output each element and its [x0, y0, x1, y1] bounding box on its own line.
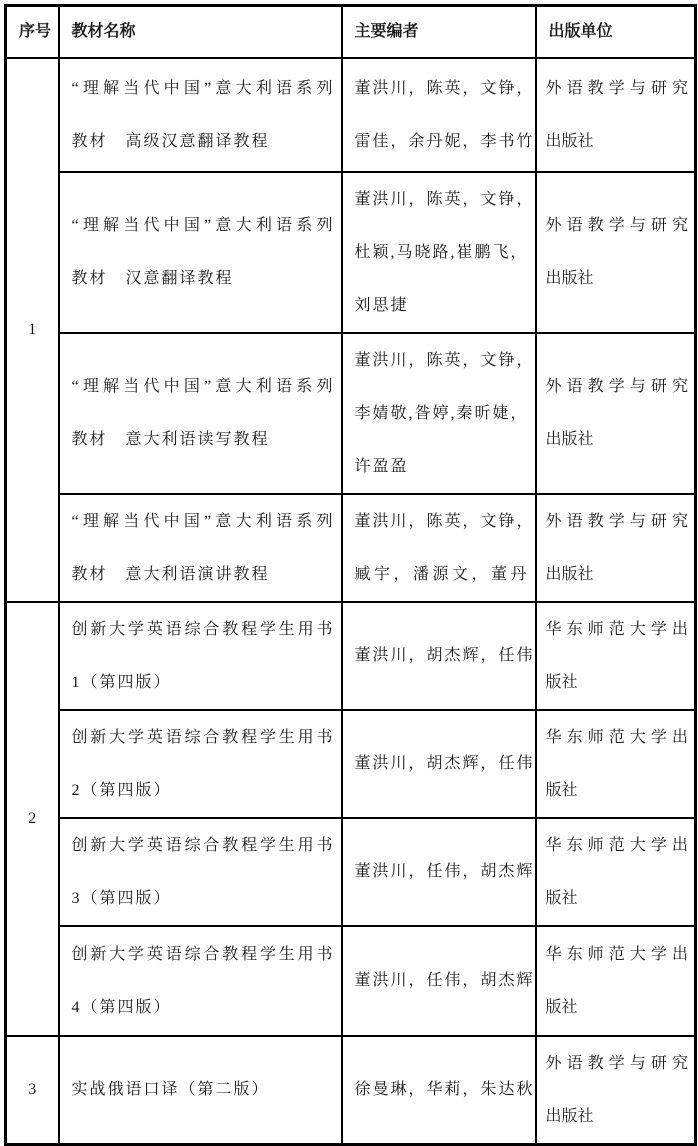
- serial-cell-1: 1: [6, 58, 59, 602]
- serial-cell-3: 3: [6, 1036, 59, 1145]
- header-row: 序号 教材名称 主要编者 出版单位: [6, 6, 696, 58]
- cell-text-line: “理解当代中国”意大利语系列: [72, 62, 335, 115]
- name-cell: “理解当代中国”意大利语系列教材 汉意翻译教程: [59, 172, 342, 333]
- cell-text-line: 董洪川，陈英，文铮，: [355, 495, 529, 548]
- cell-text-line: 创新大学英语综合教程学生用书: [72, 711, 335, 764]
- cell-text-line: “理解当代中国”意大利语系列: [72, 360, 335, 413]
- cell-text-line: 华东师范大学出: [546, 711, 689, 764]
- name-cell: “理解当代中国”意大利语系列教材 意大利语读写教程: [59, 333, 342, 494]
- cell-text-line: 华东师范大学出: [546, 928, 689, 981]
- publisher-cell: 外语教学与研究出版社: [536, 1036, 696, 1145]
- cell-text-line: 刘思捷: [355, 279, 529, 332]
- header-label: 序号: [19, 9, 52, 55]
- editors-cell: 董洪川，陈英，文铮，臧宇，潘源文，董丹: [342, 494, 536, 602]
- header-cell-publisher: 出版单位: [536, 6, 696, 58]
- header-cell-serial: 序号: [6, 6, 59, 58]
- header-cell-editors: 主要编者: [342, 6, 536, 58]
- table-row: 创新大学英语综合教程学生用书3（第四版） 董洪川，任伟，胡杰辉 华东师范大学出版…: [6, 818, 696, 926]
- header-label: 出版单位: [549, 9, 689, 55]
- publisher-cell: 华东师范大学出版社: [536, 602, 696, 710]
- cell-text-line: 董洪川，任伟，胡杰辉: [355, 954, 529, 1007]
- cell-text-line: 外语教学与研究: [546, 495, 689, 548]
- editors-cell: 董洪川，陈英，文铮，雷佳，余丹妮，李书竹: [342, 58, 536, 172]
- header-label: 教材名称: [72, 9, 335, 55]
- cell-text-line: 创新大学英语综合教程学生用书: [72, 819, 335, 872]
- table-row: 2 创新大学英语综合教程学生用书1（第四版） 董洪川，胡杰辉，任伟 华东师范大学…: [6, 602, 696, 710]
- cell-text-line: 创新大学英语综合教程学生用书: [72, 928, 335, 981]
- publisher-cell: 华东师范大学出版社: [536, 926, 696, 1036]
- cell-text-line: 外语教学与研究: [546, 1037, 689, 1090]
- cell-text-line: 4（第四版）: [72, 981, 335, 1034]
- cell-text-line: 1（第四版）: [72, 656, 335, 709]
- cell-text-line: 董洪川，胡杰辉，任伟: [355, 629, 529, 682]
- cell-text-line: 出版社: [546, 548, 689, 601]
- table-row: “理解当代中国”意大利语系列教材 汉意翻译教程 董洪川，陈英，文铮，杜颖,马晓路…: [6, 172, 696, 333]
- cell-text-line: 出版社: [546, 1090, 689, 1143]
- cell-text-line: 教材 汉意翻译教程: [72, 252, 335, 305]
- table-row: 3 实战俄语口译（第二版） 徐曼琳，华莉，朱达秋 外语教学与研究出版社: [6, 1036, 696, 1145]
- cell-text-line: 版社: [546, 764, 689, 817]
- cell-text-line: 徐曼琳，华莉，朱达秋: [355, 1063, 529, 1116]
- cell-text-line: 版社: [546, 656, 689, 709]
- cell-text-line: 外语教学与研究: [546, 360, 689, 413]
- header-cell-name: 教材名称: [59, 6, 342, 58]
- cell-text-line: “理解当代中国”意大利语系列: [72, 199, 335, 252]
- cell-text-line: 华东师范大学出: [546, 819, 689, 872]
- header-label: 主要编者: [355, 9, 529, 55]
- editors-cell: 董洪川，任伟，胡杰辉: [342, 818, 536, 926]
- publisher-cell: 外语教学与研究出版社: [536, 333, 696, 494]
- name-cell: 创新大学英语综合教程学生用书4（第四版）: [59, 926, 342, 1036]
- cell-text-line: 外语教学与研究: [546, 62, 689, 115]
- cell-text-line: 2（第四版）: [72, 764, 335, 817]
- publisher-cell: 外语教学与研究出版社: [536, 58, 696, 172]
- publisher-cell: 外语教学与研究出版社: [536, 172, 696, 333]
- editors-cell: 董洪川，陈英，文铮，杜颖,马晓路,崔鹏飞，刘思捷: [342, 172, 536, 333]
- cell-text-line: 出版社: [546, 115, 689, 168]
- name-cell: 创新大学英语综合教程学生用书3（第四版）: [59, 818, 342, 926]
- publisher-cell: 华东师范大学出版社: [536, 710, 696, 818]
- cell-text-line: 李婧敬,昝婷,秦昕婕，: [355, 387, 529, 440]
- cell-text-line: 外语教学与研究: [546, 199, 689, 252]
- cell-text-line: 董洪川，任伟，胡杰辉: [355, 845, 529, 898]
- editors-cell: 徐曼琳，华莉，朱达秋: [342, 1036, 536, 1145]
- table-row: “理解当代中国”意大利语系列教材 意大利语演讲教程 董洪川，陈英，文铮，臧宇，潘…: [6, 494, 696, 602]
- name-cell: “理解当代中国”意大利语系列教材 高级汉意翻译教程: [59, 58, 342, 172]
- cell-text-line: 杜颖,马晓路,崔鹏飞，: [355, 226, 529, 279]
- editors-cell: 董洪川，陈英，文铮，李婧敬,昝婷,秦昕婕，许盈盈: [342, 333, 536, 494]
- cell-text-line: 创新大学英语综合教程学生用书: [72, 603, 335, 656]
- editors-cell: 董洪川，胡杰辉，任伟: [342, 710, 536, 818]
- cell-text-line: 臧宇，潘源文，董丹: [355, 548, 529, 601]
- name-cell: 创新大学英语综合教程学生用书1（第四版）: [59, 602, 342, 710]
- cell-text-line: 华东师范大学出: [546, 603, 689, 656]
- cell-text-line: 董洪川，陈英，文铮，: [355, 62, 529, 115]
- cell-text-line: 版社: [546, 981, 689, 1034]
- cell-text-line: 教材 高级汉意翻译教程: [72, 115, 335, 168]
- name-cell: 实战俄语口译（第二版）: [59, 1036, 342, 1145]
- cell-text-line: “理解当代中国”意大利语系列: [72, 495, 335, 548]
- serial-cell-2: 2: [6, 602, 59, 1036]
- cell-text-line: 董洪川，胡杰辉，任伟: [355, 737, 529, 790]
- table-row: “理解当代中国”意大利语系列教材 意大利语读写教程 董洪川，陈英，文铮，李婧敬,…: [6, 333, 696, 494]
- cell-text-line: 教材 意大利语演讲教程: [72, 548, 335, 601]
- cell-text-line: 出版社: [546, 252, 689, 305]
- cell-text-line: 3（第四版）: [72, 872, 335, 925]
- cell-text-line: 版社: [546, 872, 689, 925]
- cell-text-line: 董洪川，陈英，文铮，: [355, 173, 529, 226]
- publisher-cell: 华东师范大学出版社: [536, 818, 696, 926]
- textbook-table: 序号 教材名称 主要编者 出版单位 1 “理解当代中国”意大利语系列教材 高级汉…: [4, 4, 697, 1146]
- table-row: 1 “理解当代中国”意大利语系列教材 高级汉意翻译教程 董洪川，陈英，文铮，雷佳…: [6, 58, 696, 172]
- cell-text-line: 许盈盈: [355, 440, 529, 493]
- cell-text-line: 实战俄语口译（第二版）: [72, 1063, 335, 1116]
- cell-text-line: 出版社: [546, 413, 689, 466]
- table-row: 创新大学英语综合教程学生用书2（第四版） 董洪川，胡杰辉，任伟 华东师范大学出版…: [6, 710, 696, 818]
- table-row: 创新大学英语综合教程学生用书4（第四版） 董洪川，任伟，胡杰辉 华东师范大学出版…: [6, 926, 696, 1036]
- cell-text-line: 教材 意大利语读写教程: [72, 413, 335, 466]
- name-cell: 创新大学英语综合教程学生用书2（第四版）: [59, 710, 342, 818]
- editors-cell: 董洪川，任伟，胡杰辉: [342, 926, 536, 1036]
- cell-text-line: 雷佳，余丹妮，李书竹: [355, 115, 529, 168]
- name-cell: “理解当代中国”意大利语系列教材 意大利语演讲教程: [59, 494, 342, 602]
- page: { "table": { "headers": ["序号", "教材名称", "…: [0, 0, 698, 1123]
- cell-text-line: 董洪川，陈英，文铮，: [355, 334, 529, 387]
- editors-cell: 董洪川，胡杰辉，任伟: [342, 602, 536, 710]
- publisher-cell: 外语教学与研究出版社: [536, 494, 696, 602]
